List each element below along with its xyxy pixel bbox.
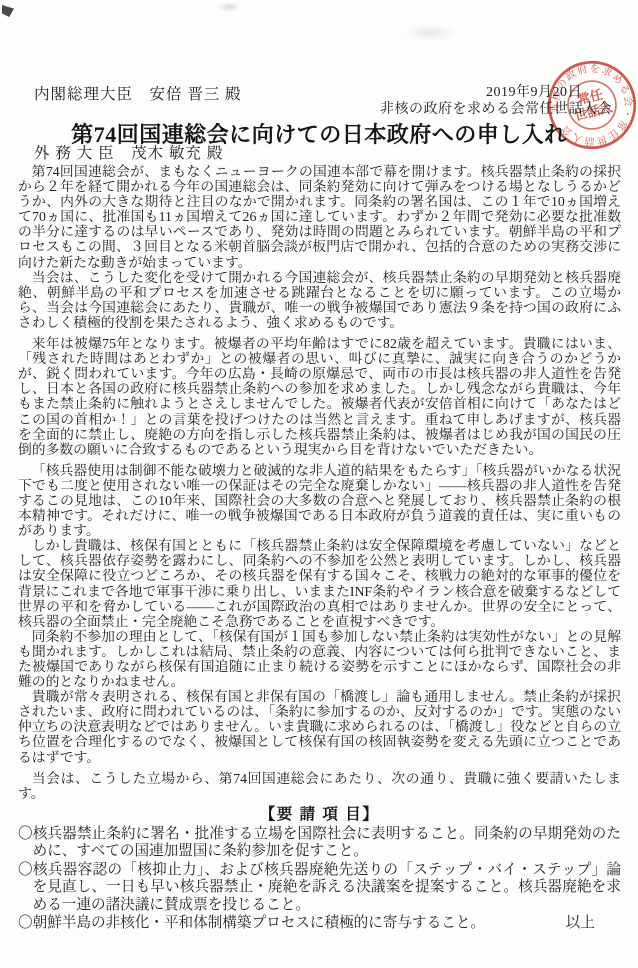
paragraph: 当会は、こうした立場から、第74回国連総会にあたり、次の通り、貴職に強く要請いた… [18,771,621,801]
body-block-2: 来年は被爆75年となります。被爆者の平均年齢はすでに82歳を超えています。貴職に… [18,336,621,457]
item-bullet: 〇 [18,862,33,878]
closing-mark: 以上 [566,915,595,933]
body-block-1: 第74回国連総会が、まもなくニューヨークの国連本部で幕を開けます。核兵器禁止条約… [18,164,621,330]
letter-body: 第74回国連総会が、まもなくニューヨークの国連本部で幕を開けます。核兵器禁止条約… [18,164,621,934]
paragraph: しかし貴職は、核保有国とともに「核兵器禁止条約は安全保障環境を考慮していない」な… [18,538,621,629]
paragraph: 同条約不参加の理由として、「核保有国が１国も参加しない禁止条約は実効性がない」と… [18,629,621,689]
request-item-text: 核兵器禁止条約に署名・批准する立場を国際社会に表明すること。同条約の早期発効のた… [33,826,621,860]
paragraph: 当会は、こうした変化を受けて開かれる今国連総会が、核兵器禁止条約の早期発効と核兵… [18,270,621,330]
date-sender-block: 2019年9月20日 非核の政府を求める会常任世話人会 [0,84,638,118]
scan-smudge [402,24,458,42]
body-block-4: 当会は、こうした立場から、第74回国連総会にあたり、次の通り、貴職に強く要請いた… [18,771,621,801]
document-date: 2019年9月20日 [0,84,638,101]
request-item: 〇核兵器容認の「核抑止力」、および核兵器廃絶先送りの「ステップ・バイ・ステップ」… [18,862,621,915]
paragraph: 「核兵器使用は制御不能な破壊力と破滅的な非人道的結果をもたらす」「核兵器がいかな… [18,463,621,538]
sender-organization: 非核の政府を求める会常任世話人会 [0,101,638,118]
request-heading: 【要 請 項 目】 [18,807,621,822]
request-item: 〇核兵器禁止条約に署名・批准する立場を国際社会に表明すること。同条約の早期発効の… [18,826,621,861]
document-title: 第74回国連総会に向けての日本政府への申し入れ [0,118,638,149]
paragraph: 第74回国連総会が、まもなくニューヨークの国連本部で幕を開けます。核兵器禁止条約… [18,164,621,270]
scanned-letter-page: 内閣総理大臣 安倍 晋三 殿 外 務 大 臣 茂木 敏充 殿 2019年9月20… [0,0,638,968]
request-item-text: 核兵器容認の「核抑止力」、および核兵器廃絶先送りの「ステップ・バイ・ステップ」論… [33,862,621,913]
paragraph: 来年は被爆75年となります。被爆者の平均年齢はすでに82歳を超えています。貴職に… [18,336,621,457]
item-bullet: 〇 [18,915,33,931]
scan-smudge [218,2,240,12]
body-block-3: 「核兵器使用は制御不能な破壊力と破滅的な非人道的結果をもたらす」「核兵器がいかな… [18,463,621,765]
request-item: 以上〇朝鮮半島の非核化・平和体制構築プロセスに積極的に寄与すること。 [18,915,621,933]
paragraph: 貴職が常々表明される、核保有国と非保有国の「橋渡し」論も通用しません。禁止条約が… [18,689,621,764]
request-item-text: 朝鮮半島の非核化・平和体制構築プロセスに積極的に寄与すること。 [33,915,485,931]
scan-artifact-corner [2,5,14,17]
request-item-list: 〇核兵器禁止条約に署名・批准する立場を国際社会に表明すること。同条約の早期発効の… [18,826,621,933]
item-bullet: 〇 [18,826,33,842]
